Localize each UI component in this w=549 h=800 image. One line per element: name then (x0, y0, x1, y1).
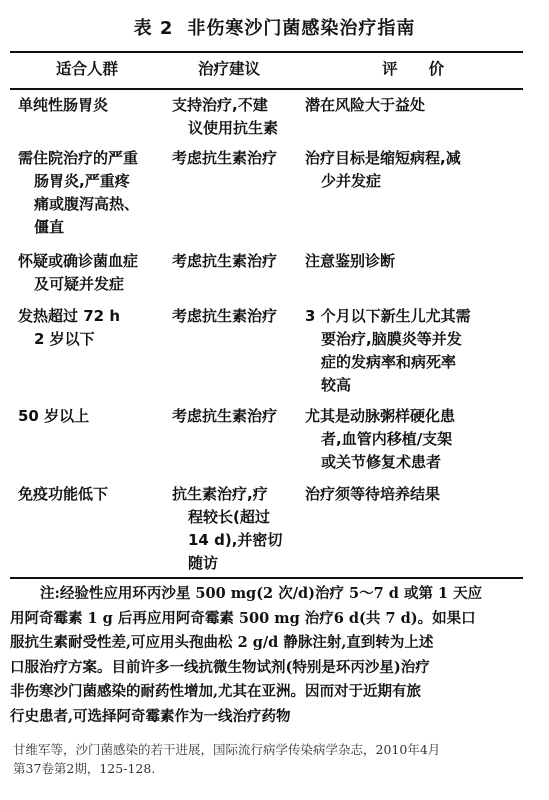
cell-line: 抗生素治疗,疗 (172, 483, 282, 506)
cell-line: 尤其是动脉粥样硬化患 (305, 405, 455, 428)
citation-line: 第37卷第2期，125-128. (13, 759, 440, 778)
cell-line: 考虑抗生素治疗 (172, 305, 277, 328)
cell-line: 治疗须等待培养结果 (305, 483, 440, 506)
note-line: 注:经验性应用环丙沙星 500 mg(2 次/d)治疗 5～7 d 或第 1 天… (10, 582, 525, 607)
cell-line: 随访 (172, 552, 282, 575)
cell-line: 单纯性肠胃炎 (18, 94, 108, 117)
cell-recommendation: 抗生素治疗,疗 程较长(超过 14 d),并密切 随访 (172, 483, 282, 575)
table-top-rule (10, 51, 523, 53)
cell-line: 怀疑或确诊菌血症 (18, 250, 138, 273)
cell-population: 免疫功能低下 (18, 483, 108, 506)
cell-line: 僵直 (18, 216, 139, 239)
cell-recommendation: 考虑抗生素治疗 (172, 405, 277, 428)
cell-line: 较高 (305, 374, 471, 397)
header-evaluation: 评 价 (382, 57, 444, 79)
cell-line: 要治疗,脑膜炎等并发 (305, 328, 471, 351)
cell-evaluation: 3 个月以下新生儿尤其需 要治疗,脑膜炎等并发 症的发病率和病死率 较高 (305, 305, 471, 397)
cell-line: 考虑抗生素治疗 (172, 405, 277, 428)
cell-line: 考虑抗生素治疗 (172, 250, 277, 273)
table-bottom-rule (10, 577, 523, 579)
cell-evaluation: 治疗须等待培养结果 (305, 483, 440, 506)
cell-line: 潜在风险大于益处 (305, 94, 425, 117)
cell-population: 50 岁以上 (18, 405, 89, 428)
cell-line: 肠胃炎,严重疼 (18, 170, 139, 193)
header-population: 适合人群 (56, 57, 118, 79)
cell-line: 50 岁以上 (18, 405, 89, 428)
cell-line: 支持治疗,不建 (172, 94, 278, 117)
cell-line: 者,血管内移植/支架 (305, 428, 455, 451)
table-note: 注:经验性应用环丙沙星 500 mg(2 次/d)治疗 5～7 d 或第 1 天… (10, 582, 525, 729)
cell-line: 议使用抗生素 (172, 117, 278, 140)
cell-line: 3 个月以下新生儿尤其需 (305, 305, 471, 328)
cell-line: 考虑抗生素治疗 (172, 147, 277, 170)
cell-line: 2 岁以下 (18, 328, 120, 351)
note-line: 口服治疗方案。目前许多一线抗微生物试剂(特别是环丙沙星)治疗 (10, 656, 525, 681)
cell-line: 及可疑并发症 (18, 273, 138, 296)
cell-line: 注意鉴别诊断 (305, 250, 395, 273)
citation: 甘维军等，沙门菌感染的若干进展，国际流行病学传染病学杂志，2010年4月 第37… (13, 740, 440, 778)
cell-population: 怀疑或确诊菌血症 及可疑并发症 (18, 250, 138, 296)
cell-recommendation: 考虑抗生素治疗 (172, 250, 277, 273)
cell-line: 痛或腹泻高热、 (18, 193, 139, 216)
cell-line: 免疫功能低下 (18, 483, 108, 506)
table-header-rule (10, 88, 523, 90)
cell-evaluation: 尤其是动脉粥样硬化患 者,血管内移植/支架 或关节修复术患者 (305, 405, 455, 474)
cell-line: 或关节修复术患者 (305, 451, 455, 474)
table-label: 表 2 (134, 18, 174, 39)
cell-line: 程较长(超过 (172, 506, 282, 529)
cell-population: 需住院治疗的严重 肠胃炎,严重疼 痛或腹泻高热、 僵直 (18, 147, 139, 239)
cell-line: 需住院治疗的严重 (18, 147, 139, 170)
cell-line: 14 d),并密切 (172, 529, 282, 552)
header-recommendation: 治疗建议 (198, 57, 260, 79)
cell-recommendation: 考虑抗生素治疗 (172, 305, 277, 328)
cell-evaluation: 治疗目标是缩短病程,减 少并发症 (305, 147, 461, 193)
cell-line: 发热超过 72 h (18, 305, 120, 328)
cell-population: 单纯性肠胃炎 (18, 94, 108, 117)
citation-line: 甘维军等，沙门菌感染的若干进展，国际流行病学传染病学杂志，2010年4月 (13, 740, 440, 759)
note-line: 用阿奇霉素 1 g 后再应用阿奇霉素 500 mg 治疗6 d(共 7 d)。如… (10, 607, 525, 632)
note-line: 行史患者,可选择阿奇霉素作为一线治疗药物 (10, 705, 525, 730)
cell-recommendation: 支持治疗,不建 议使用抗生素 (172, 94, 278, 140)
cell-evaluation: 潜在风险大于益处 (305, 94, 425, 117)
table-title-text: 非伤寒沙门菌感染治疗指南 (187, 18, 415, 39)
cell-recommendation: 考虑抗生素治疗 (172, 147, 277, 170)
note-line: 非伤寒沙门菌感染的耐药性增加,尤其在亚洲。因而对于近期有旅 (10, 680, 525, 705)
cell-line: 症的发病率和病死率 (305, 351, 471, 374)
cell-population: 发热超过 72 h 2 岁以下 (18, 305, 120, 351)
note-line: 服抗生素耐受性差,可应用头孢曲松 2 g/d 静脉注射,直到转为上述 (10, 631, 525, 656)
cell-line: 治疗目标是缩短病程,减 (305, 147, 461, 170)
cell-line: 少并发症 (305, 170, 461, 193)
cell-evaluation: 注意鉴别诊断 (305, 250, 395, 273)
table-title: 表 2非伤寒沙门菌感染治疗指南 (0, 14, 549, 40)
